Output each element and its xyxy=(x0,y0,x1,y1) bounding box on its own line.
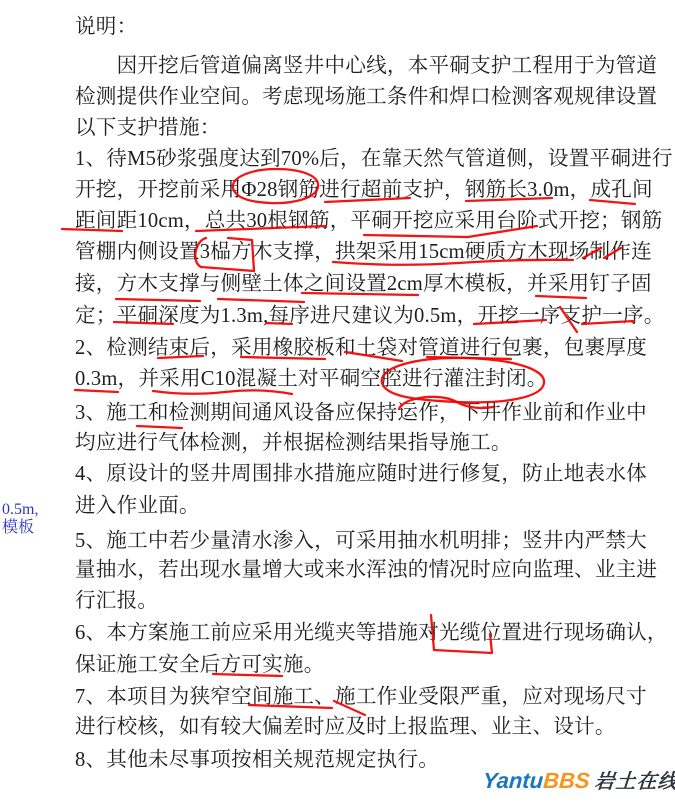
logo-yantu: Yantu xyxy=(482,768,544,793)
logo-bbs: BBS xyxy=(542,768,590,793)
text-line-10: 定；平硐深度为1.3m,每序进尺建议为0.5m，开挖一序支护一序。 xyxy=(75,303,650,329)
text-line-22: 7、本项目为狭窄空间施工、施工作业受限严重，应对现场尺寸 xyxy=(75,684,650,710)
text-line-3: 检测提供作业空间。考虑现场施工条件和焊口检测客观规律设置 xyxy=(75,84,650,110)
text-line-12: 0.3m，并采用C10混凝土对平硐空腔进行灌注封闭。 xyxy=(75,366,650,392)
text-line-15: 4、原设计的竖井周围排水措施应随时进行修复，防止地表水体 xyxy=(75,461,650,487)
text-line-23: 进行校核，如有较大偏差时应及时上报监理、业主、设计。 xyxy=(75,714,650,740)
red-underline-timber-support xyxy=(116,299,200,301)
yantubbs-watermark-logo: YantuBBS岩土在线 xyxy=(482,765,675,794)
text-line-18: 量抽水，若出现水量增大或来水浑浊的情况时应向监理、业主进 xyxy=(75,557,650,583)
red-underline-construction-and xyxy=(137,426,182,428)
text-line-17: 5、施工中若少量清水渗入，可采用抽水机明排；竖井内严禁大 xyxy=(75,528,650,554)
text-line-6: 开挖，开挖前采用Φ28钢筋进行超前支护，钢筋长3.0m，成孔间 xyxy=(75,177,650,203)
scanned-document-page: 说明： 因开挖后管道偏离竖井中心线，本平硐支护工程用于为管道检测提供作业空间。考… xyxy=(0,0,675,811)
margin-note-line1: 0.5m, xyxy=(2,501,38,519)
text-line-14: 均应进行气体检测，并根据检测结果指导施工。 xyxy=(75,430,650,456)
text-line-20: 6、本方案施工前应采用光缆夹等措施对光缆位置进行现场确认， xyxy=(75,620,650,646)
text-line-7: 距间距10cm，总共30根钢筋，平硐开挖应采用台阶式开挖；钢筋 xyxy=(75,208,650,234)
text-line-5: 1、待M5砂浆强度达到70%后，在靠天然气管道侧，设置平硐进行 xyxy=(75,146,650,172)
text-line-19: 行汇报。 xyxy=(75,588,650,614)
text-line-4: 以下支护措施： xyxy=(75,115,650,141)
margin-note-blue: 0.5m, 模板 xyxy=(2,501,38,537)
text-line-9: 接，方木支撑与侧壁土体之间设置2cm厚木模板，并采用钉子固 xyxy=(75,271,650,297)
logo-yantu-online-cn: 岩土在线 xyxy=(594,771,675,793)
text-line-1: 说明： xyxy=(75,14,650,40)
red-underline-sidewall-soil xyxy=(218,299,304,302)
text-line-21: 保证施工安全后方可实施。 xyxy=(75,652,650,678)
text-line-13: 3、施工和检测期间通风设备应保持运作，下井作业前和作业中 xyxy=(75,400,650,426)
text-line-11: 2、检测结束后，采用橡胶板和土袋对管道进行包裹，包裹厚度 xyxy=(75,335,650,361)
margin-note-line2: 模板 xyxy=(2,519,38,537)
text-line-2: 因开挖后管道偏离竖井中心线，本平硐支护工程用于为管道 xyxy=(75,53,650,79)
text-line-16: 进入作业面。 xyxy=(75,493,650,519)
text-line-8: 管棚内侧设置3榀方木支撑，拱架采用15cm硬质方木现场制作连 xyxy=(75,239,650,265)
